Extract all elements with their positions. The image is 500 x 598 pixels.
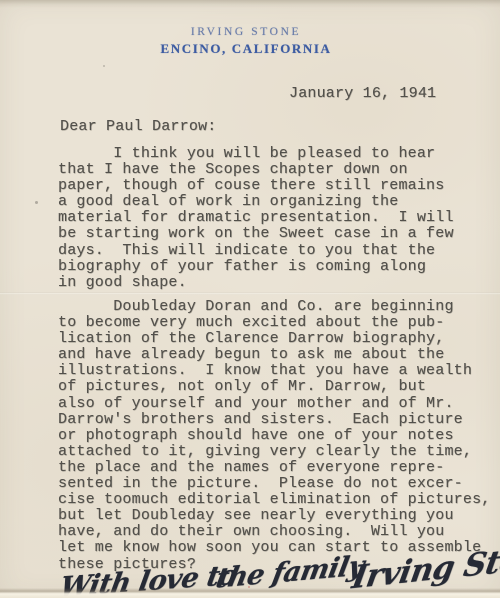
letter-line: have, and do their own choosing. Will yo… [58,524,490,540]
letter-line: or photograph should have one of your no… [58,428,490,444]
letter-line: material for dramatic presentation. I wi… [58,210,454,226]
paper-bottom-edge [0,588,500,598]
letter-line: and have already begun to ask me about t… [58,347,490,363]
letter-line: paper, though of couse there still remai… [58,178,454,194]
letter-line: but let Doubleday see nearly everything … [58,508,490,524]
letter-line: Darrow's brothers and sisters. Each pict… [58,412,490,428]
letter-line: to become very much excited about the pu… [58,315,490,331]
letter-paragraph: I think you will be pleased to hearthat … [58,146,454,291]
letterhead: IRVING STONE ENCINO, CALIFORNIA [0,26,492,57]
letter-document: IRVING STONE ENCINO, CALIFORNIA January … [0,0,500,598]
letter-line: a good deal of work in organizing the [58,194,454,210]
paper-top-edge [0,0,500,8]
letter-line: illustrations. I know that you have a we… [58,363,490,379]
paper-crease [0,292,500,295]
letter-line: that I have the Scopes chapter down on [58,162,454,178]
letter-line: let me know how soon you can start to as… [58,540,490,556]
salutation: Dear Paul Darrow: [60,118,216,135]
paper-speck [35,201,38,204]
letter-line: days. This will indicate to you that the [58,243,454,259]
letter-line: of pictures, not only of Mr. Darrow, but [58,379,490,395]
letter-line: the place and the names of everyone repr… [58,460,490,476]
letter-line: these pictures? [58,557,490,573]
letter-line: lication of the Clarence Darrow biograph… [58,331,490,347]
letter-line: biography of your father is coming along [58,259,454,275]
letter-line: be starting work on the Sweet case in a … [58,226,454,242]
letterhead-location: ENCINO, CALIFORNIA [0,41,492,57]
letter-line: attached to it, giving very clearly the … [58,444,490,460]
date-line: January 16, 1941 [289,85,436,102]
letter-line: also of yourself and your mother and of … [58,396,490,412]
letter-line: Doubleday Doran and Co. are beginning [58,299,490,315]
letter-line: sented in the picture. Please do not exc… [58,476,490,492]
letter-line: I think you will be pleased to hear [58,146,454,162]
letter-paragraph: Doubleday Doran and Co. are beginningto … [58,299,490,573]
letter-line: cise toomuch editorial elimination of pi… [58,492,490,508]
letterhead-name: IRVING STONE [0,26,492,38]
letter-line: in good shape. [58,275,454,291]
paper-speck [103,65,105,67]
